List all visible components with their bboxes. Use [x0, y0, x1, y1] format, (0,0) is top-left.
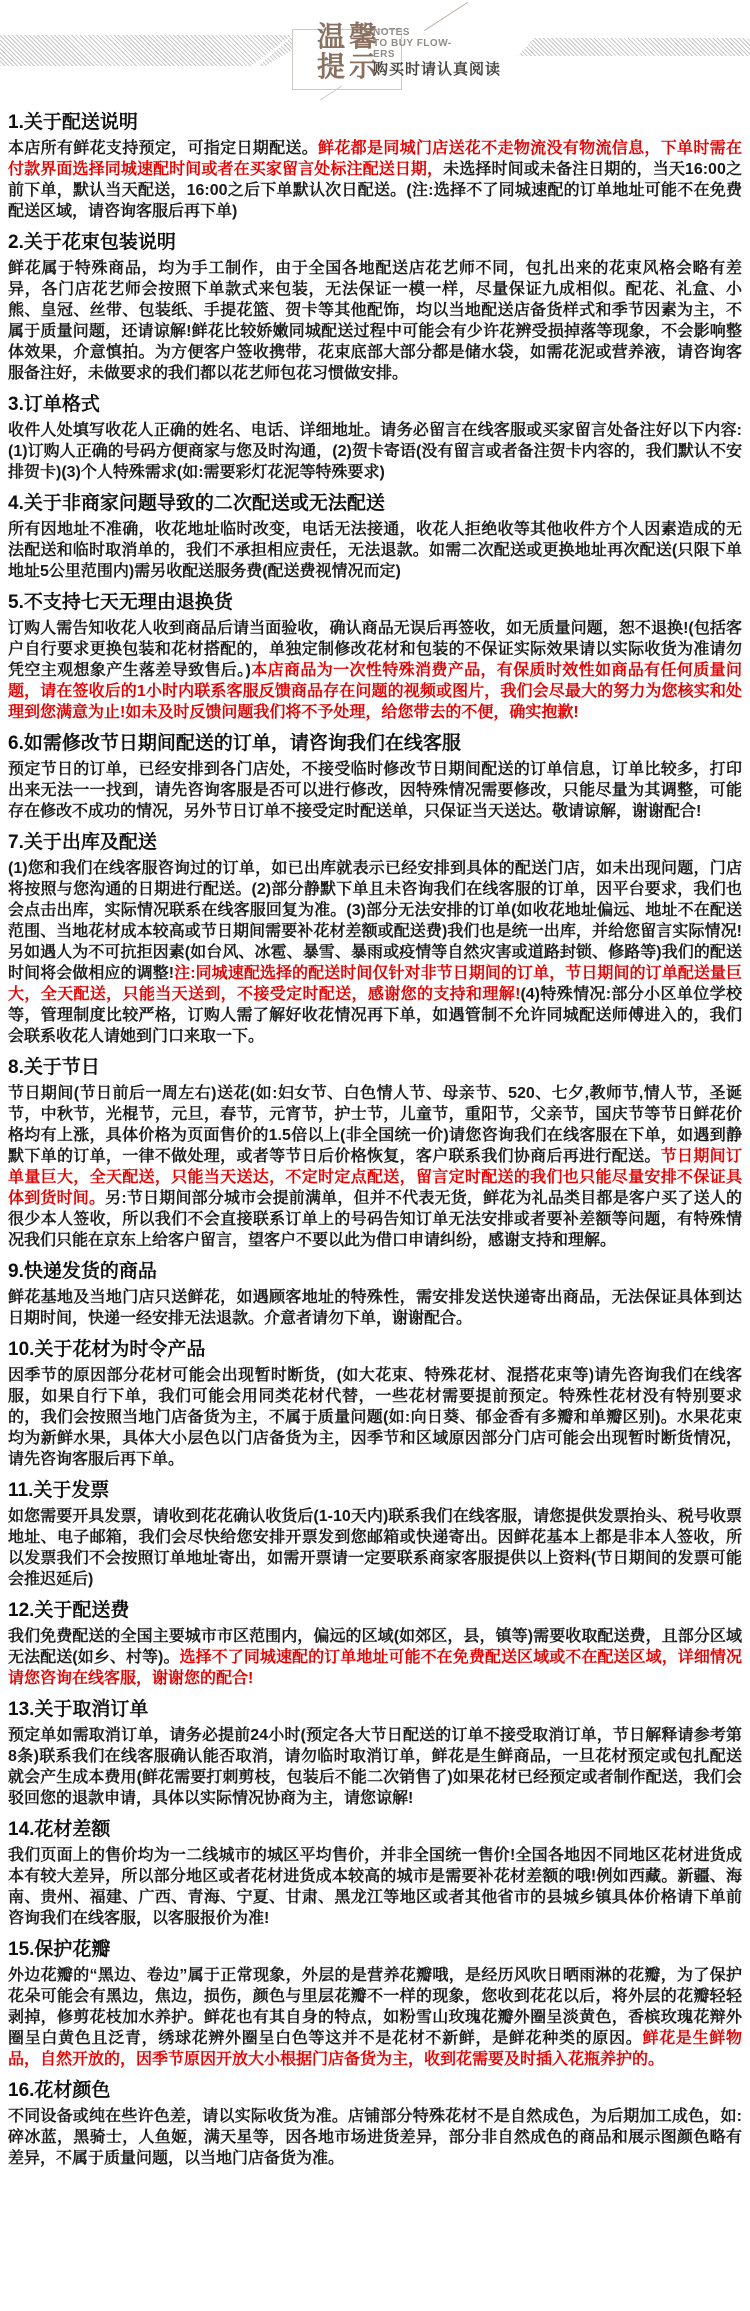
- section-paragraph: 本店所有鲜花支持预定，可指定日期配送。鲜花都是同城门店送花不走物流没有物流信息，…: [8, 138, 742, 222]
- text-run: 鲜花基地及当地门店只送鲜花，如遇顾客地址的特殊性，需安排发送快递寄出商品，无法保…: [8, 1289, 742, 1327]
- section-paragraph: 我们页面上的售价均为一二线城市的城区平均售价，并非全国统一售价!全国各地因不同地…: [8, 1845, 742, 1929]
- section-paragraph: 因季节的原因部分花材可能会出现暂时断货，(如大花束、特殊花材、混搭花束等)请先咨…: [8, 1365, 742, 1470]
- section-title: 2.关于花束包装说明: [8, 231, 742, 254]
- section-title: 7.关于出库及配送: [8, 831, 742, 854]
- notice-section: 13.关于取消订单预定单如需取消订单，请务必提前24小时(预定各大节日配送的订单…: [8, 1698, 742, 1809]
- text-run: 如您需要开具发票，请收到花花确认收货后(1-10天内)联系我们在线客服，请您提供…: [8, 1508, 742, 1588]
- text-run: 不同设备或纯在些许色差，请以实际收货为准。店铺部分特殊花材不是自然成色，为后期加…: [8, 2108, 742, 2167]
- notice-section: 9.快递发货的商品鲜花基地及当地门店只送鲜花，如遇顾客地址的特殊性，需安排发送快…: [8, 1260, 742, 1329]
- section-paragraph: 所有因地址不准确，收花地址临时改变，电话无法接通，收花人拒绝收等其他收件方个人因…: [8, 519, 742, 582]
- section-title: 16.花材颜色: [8, 2079, 742, 2102]
- notice-section: 3.订单格式收件人处填写收花人正确的姓名、电话、详细地址。请务必留言在线客服或买…: [8, 393, 742, 483]
- section-title: 14.花材差额: [8, 1818, 742, 1841]
- text-run: 本店所有鲜花支持预定，可指定日期配送。: [8, 140, 318, 157]
- section-title: 8.关于节日: [8, 1056, 742, 1079]
- section-paragraph: (1)您和我们在线客服咨询过的订单，如已出库就表示已经安排到具体的配送门店，如未…: [8, 858, 742, 1047]
- section-paragraph: 鲜花基地及当地门店只送鲜花，如遇顾客地址的特殊性，需安排发送快递寄出商品，无法保…: [8, 1287, 742, 1329]
- page-title-english: NOTES TO BUY FLOW- ERS: [373, 27, 452, 60]
- text-run: (1)您和我们在线客服咨询过的订单，如已出库就表示已经安排到具体的配送门店，如未…: [8, 860, 742, 982]
- notice-section: 16.花材颜色不同设备或纯在些许色差，请以实际收货为准。店铺部分特殊花材不是自然…: [8, 2079, 742, 2169]
- section-paragraph: 外边花瓣的“黑边、卷边”属于正常现象，外层的是营养花瓣哦，是经历风吹日晒雨淋的花…: [8, 1965, 742, 2070]
- text-run: 节日期间(节日前后一周左右)送花(如:妇女节、白色情人节、母亲节、520、七夕,…: [8, 1085, 742, 1165]
- notice-page: 温馨提示 NOTES TO BUY FLOW- ERS 购买时请认真阅读 1.关…: [0, 0, 750, 2195]
- text-run: 预定节日的订单，已经安排到各门店处，不接受临时修改节日期间配送的订单信息，订单比…: [8, 761, 742, 820]
- text-run: 预定单如需取消订单，请务必提前24小时(预定各大节日配送的订单不接受取消订单，节…: [8, 1727, 742, 1807]
- page-title-line1: 温馨: [317, 21, 381, 52]
- text-run: 另:节日期间部分城市会提前满单，但并不代表无货，鲜花为礼品类目都是客户买了送人的…: [8, 1190, 742, 1249]
- section-title: 11.关于发票: [8, 1479, 742, 1502]
- text-run: 鲜花属于特殊商品，均为手工制作，由于全国各地配送店花艺师不同，包扎出来的花束风格…: [8, 260, 742, 382]
- section-paragraph: 不同设备或纯在些许色差，请以实际收货为准。店铺部分特殊花材不是自然成色，为后期加…: [8, 2106, 742, 2169]
- hatch-band-right: [518, 38, 750, 56]
- section-title: 1.关于配送说明: [8, 111, 742, 134]
- notice-section: 11.关于发票如您需要开具发票，请收到花花确认收货后(1-10天内)联系我们在线…: [8, 1479, 742, 1590]
- notice-section: 1.关于配送说明本店所有鲜花支持预定，可指定日期配送。鲜花都是同城门店送花不走物…: [8, 111, 742, 222]
- section-paragraph: 预定节日的订单，已经安排到各门店处，不接受临时修改节日期间配送的订单信息，订单比…: [8, 759, 742, 822]
- notice-section: 10.关于花材为时令产品因季节的原因部分花材可能会出现暂时断货，(如大花束、特殊…: [8, 1338, 742, 1470]
- section-title: 4.关于非商家问题导致的二次配送或无法配送: [8, 492, 742, 515]
- page-title: 温馨提示: [317, 22, 381, 82]
- notice-section: 15.保护花瓣外边花瓣的“黑边、卷边”属于正常现象，外层的是营养花瓣哦，是经历风…: [8, 1938, 742, 2070]
- notice-section: 7.关于出库及配送(1)您和我们在线客服咨询过的订单，如已出库就表示已经安排到具…: [8, 831, 742, 1047]
- text-run: 所有因地址不准确，收花地址临时改变，电话无法接通，收花人拒绝收等其他收件方个人因…: [8, 521, 742, 580]
- section-paragraph: 订购人需告知收花人收到商品后请当面验收，确认商品无误后再签收，如无质量问题，恕不…: [8, 618, 742, 723]
- text-run: 收件人处填写收花人正确的姓名、电话、详细地址。请务必留言在线客服或买家留言处备注…: [8, 422, 742, 481]
- section-title: 10.关于花材为时令产品: [8, 1338, 742, 1361]
- section-title: 3.订单格式: [8, 393, 742, 416]
- section-paragraph: 节日期间(节日前后一周左右)送花(如:妇女节、白色情人节、母亲节、520、七夕,…: [8, 1083, 742, 1251]
- page-title-line2: 提示: [317, 51, 381, 82]
- notice-section: 6.如需修改节日期间配送的订单，请咨询我们在线客服预定节日的订单，已经安排到各门…: [8, 732, 742, 822]
- section-paragraph: 收件人处填写收花人正确的姓名、电话、详细地址。请务必留言在线客服或买家留言处备注…: [8, 420, 742, 483]
- section-paragraph: 鲜花属于特殊商品，均为手工制作，由于全国各地配送店花艺师不同，包扎出来的花束风格…: [8, 258, 742, 384]
- hatch-band-left: [0, 35, 292, 66]
- notice-section: 4.关于非商家问题导致的二次配送或无法配送所有因地址不准确，收花地址临时改变，电…: [8, 492, 742, 582]
- page-subtitle: 购买时请认真阅读: [373, 58, 501, 79]
- section-title: 9.快递发货的商品: [8, 1260, 742, 1283]
- section-title: 15.保护花瓣: [8, 1938, 742, 1961]
- notice-sections: 1.关于配送说明本店所有鲜花支持预定，可指定日期配送。鲜花都是同城门店送花不走物…: [0, 100, 750, 2195]
- notice-section: 8.关于节日节日期间(节日前后一周左右)送花(如:妇女节、白色情人节、母亲节、5…: [8, 1056, 742, 1251]
- section-title: 13.关于取消订单: [8, 1698, 742, 1721]
- section-title: 12.关于配送费: [8, 1599, 742, 1622]
- notice-section: 14.花材差额我们页面上的售价均为一二线城市的城区平均售价，并非全国统一售价!全…: [8, 1818, 742, 1929]
- text-run: 因季节的原因部分花材可能会出现暂时断货，(如大花束、特殊花材、混搭花束等)请先咨…: [8, 1367, 742, 1468]
- notice-section: 12.关于配送费我们免费配送的全国主要城市市区范围内，偏远的区域(如郊区，县，镇…: [8, 1599, 742, 1689]
- section-paragraph: 我们免费配送的全国主要城市市区范围内，偏远的区域(如郊区，县，镇等)需要收取配送…: [8, 1626, 742, 1689]
- section-title: 5.不支持七天无理由退换货: [8, 591, 742, 614]
- page-header: 温馨提示 NOTES TO BUY FLOW- ERS 购买时请认真阅读: [0, 0, 750, 100]
- notice-section: 5.不支持七天无理由退换货订购人需告知收花人收到商品后请当面验收，确认商品无误后…: [8, 591, 742, 723]
- section-paragraph: 预定单如需取消订单，请务必提前24小时(预定各大节日配送的订单不接受取消订单，节…: [8, 1725, 742, 1809]
- section-paragraph: 如您需要开具发票，请收到花花确认收货后(1-10天内)联系我们在线客服，请您提供…: [8, 1506, 742, 1590]
- text-run: 外边花瓣的“黑边、卷边”属于正常现象，外层的是营养花瓣哦，是经历风吹日晒雨淋的花…: [8, 1967, 742, 2047]
- section-title: 6.如需修改节日期间配送的订单，请咨询我们在线客服: [8, 732, 742, 755]
- notice-section: 2.关于花束包装说明鲜花属于特殊商品，均为手工制作，由于全国各地配送店花艺师不同…: [8, 231, 742, 384]
- text-run: 我们页面上的售价均为一二线城市的城区平均售价，并非全国统一售价!全国各地因不同地…: [8, 1847, 742, 1927]
